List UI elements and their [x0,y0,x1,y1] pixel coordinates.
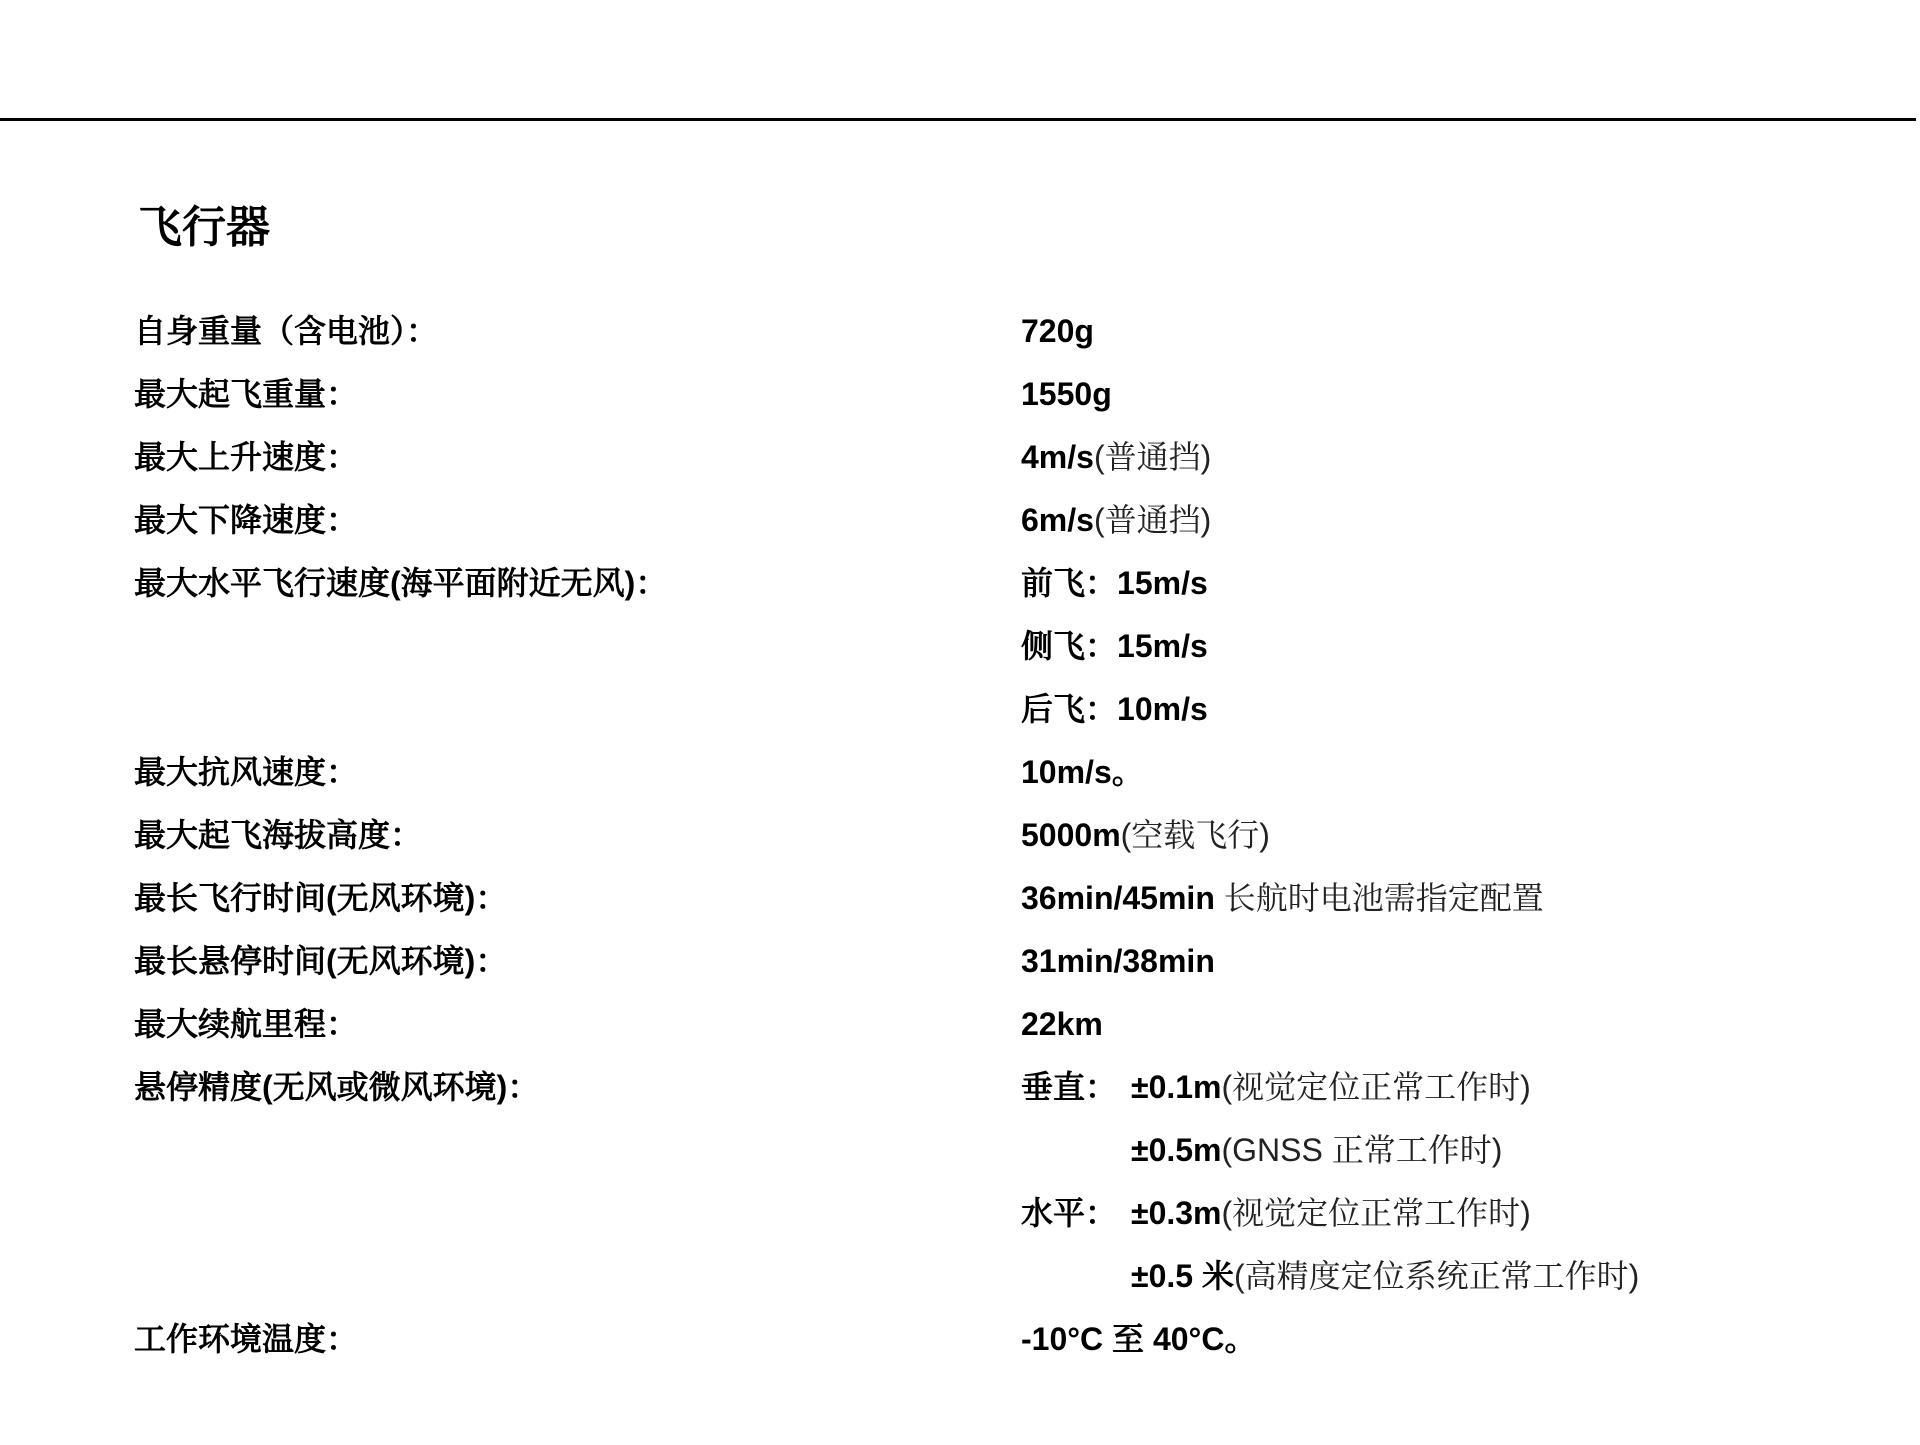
spec-value-main: 4m/s [1021,439,1094,475]
spec-row-flight-time: 最长飞行时间(无风环境)： 36min/45min 长航时电池需指定配置 [0,867,1920,930]
spec-value: 水平：±0.3m(视觉定位正常工作时) [1021,1182,1531,1245]
spec-value: 31min/38min [1021,930,1215,993]
spec-label: 最长悬停时间(无风环境)： [134,930,507,993]
spec-value-main: 6m/s [1021,502,1094,538]
spec-row-ascent-speed: 最大上升速度： 4m/s(普通挡) [0,426,1920,489]
spec-value-prefix: 前飞： [1021,565,1117,601]
spec-value: ±0.5 米(高精度定位系统正常工作时) [1021,1245,1639,1308]
spec-value-note: (高精度定位系统正常工作时) [1234,1258,1639,1294]
spec-value: 侧飞：15m/s [1021,615,1208,678]
spec-value-main: ±0.3m [1131,1195,1222,1231]
spec-value-main: 15m/s [1117,628,1208,664]
spec-value: 6m/s(普通挡) [1021,489,1211,552]
spec-label: 悬停精度(无风或微风环境)： [134,1056,539,1119]
spec-value-note: (空载飞行) [1121,817,1270,853]
spec-value: 垂直：±0.1m(视觉定位正常工作时) [1021,1056,1531,1119]
spec-value-main: 22km [1021,1006,1103,1042]
spec-row-max-takeoff-weight: 最大起飞重量： 1550g [0,363,1920,426]
spec-label: 最大水平飞行速度(海平面附近无风)： [134,552,667,615]
spec-row-max-range: 最大续航里程： 22km [0,993,1920,1056]
spec-value-note: 长航时电池需指定配置 [1215,880,1544,916]
spec-label: 最大上升速度： [134,426,358,489]
spec-row-max-altitude: 最大起飞海拔高度： 5000m(空载飞行) [0,804,1920,867]
spec-value: 4m/s(普通挡) [1021,426,1211,489]
spec-value-note: (普通挡) [1094,439,1211,475]
spec-value-main: 5000m [1021,817,1121,853]
spec-row-hover-accuracy-cont: ±0.5 米(高精度定位系统正常工作时) [0,1245,1920,1308]
spec-label: 最长飞行时间(无风环境)： [134,867,507,930]
spec-value-main: 36min/45min [1021,880,1215,916]
spec-value-main: ±0.5 米 [1131,1258,1234,1294]
spec-value-note: (视觉定位正常工作时) [1222,1195,1531,1231]
spec-label: 最大起飞重量： [134,363,358,426]
spec-label: 自身重量（含电池）： [134,300,438,363]
spec-value-main: 720g [1021,313,1094,349]
spec-value-prefix: 水平： [1021,1182,1131,1245]
spec-value: 22km [1021,993,1103,1056]
spec-value-main: 15m/s [1117,565,1208,601]
spec-value: 1550g [1021,363,1112,426]
spec-row-horizontal-speed: 最大水平飞行速度(海平面附近无风)： 前飞：15m/s [0,552,1920,615]
spec-row-descent-speed: 最大下降速度： 6m/s(普通挡) [0,489,1920,552]
spec-row-horizontal-speed-cont: 后飞：10m/s [0,678,1920,741]
spec-label: 最大下降速度： [134,489,358,552]
spec-value: 前飞：15m/s [1021,552,1208,615]
spec-value-note: (视觉定位正常工作时) [1222,1069,1531,1105]
spec-value: 10m/s。 [1021,741,1144,804]
spec-row-hover-accuracy-cont: 水平：±0.3m(视觉定位正常工作时) [0,1182,1920,1245]
spec-value-main: 1550g [1021,376,1112,412]
spec-value-main: 31min/38min [1021,943,1215,979]
section-title: 飞行器 [138,200,270,256]
spec-row-hover-accuracy: 悬停精度(无风或微风环境)： 垂直：±0.1m(视觉定位正常工作时) [0,1056,1920,1119]
spec-label: 最大起飞海拔高度： [134,804,422,867]
spec-value-prefix: 垂直： [1021,1056,1131,1119]
spec-value-note: (GNSS 正常工作时) [1222,1132,1503,1168]
spec-value-main: ±0.1m [1131,1069,1222,1105]
top-divider [0,118,1916,121]
spec-label: 工作环境温度： [134,1308,358,1371]
spec-value-main: 10m/s [1117,691,1208,727]
spec-value-main: ±0.5m [1131,1132,1222,1168]
spec-value-main: -10°C 至 40°C。 [1021,1321,1256,1357]
spec-value-main: 10m/s。 [1021,754,1144,790]
spec-value-prefix: 侧飞： [1021,628,1117,664]
spec-value-note: (普通挡) [1094,502,1211,538]
spec-table: 自身重量（含电池）： 720g 最大起飞重量： 1550g 最大上升速度： 4m… [0,300,1920,1371]
spec-label: 最大续航里程： [134,993,358,1056]
spec-row-wind-resistance: 最大抗风速度： 10m/s。 [0,741,1920,804]
spec-label: 最大抗风速度： [134,741,358,804]
spec-row-hover-time: 最长悬停时间(无风环境)： 31min/38min [0,930,1920,993]
spec-row-operating-temperature: 工作环境温度： -10°C 至 40°C。 [0,1308,1920,1371]
spec-value: 720g [1021,300,1094,363]
spec-value: 5000m(空载飞行) [1021,804,1270,867]
spec-value: 36min/45min 长航时电池需指定配置 [1021,867,1544,930]
spec-value-prefix: 后飞： [1021,691,1117,727]
spec-value: -10°C 至 40°C。 [1021,1308,1256,1371]
spec-value: 后飞：10m/s [1021,678,1208,741]
spec-row-horizontal-speed-cont: 侧飞：15m/s [0,615,1920,678]
spec-row-hover-accuracy-cont: ±0.5m(GNSS 正常工作时) [0,1119,1920,1182]
spec-value: ±0.5m(GNSS 正常工作时) [1021,1119,1502,1182]
spec-row-weight: 自身重量（含电池）： 720g [0,300,1920,363]
